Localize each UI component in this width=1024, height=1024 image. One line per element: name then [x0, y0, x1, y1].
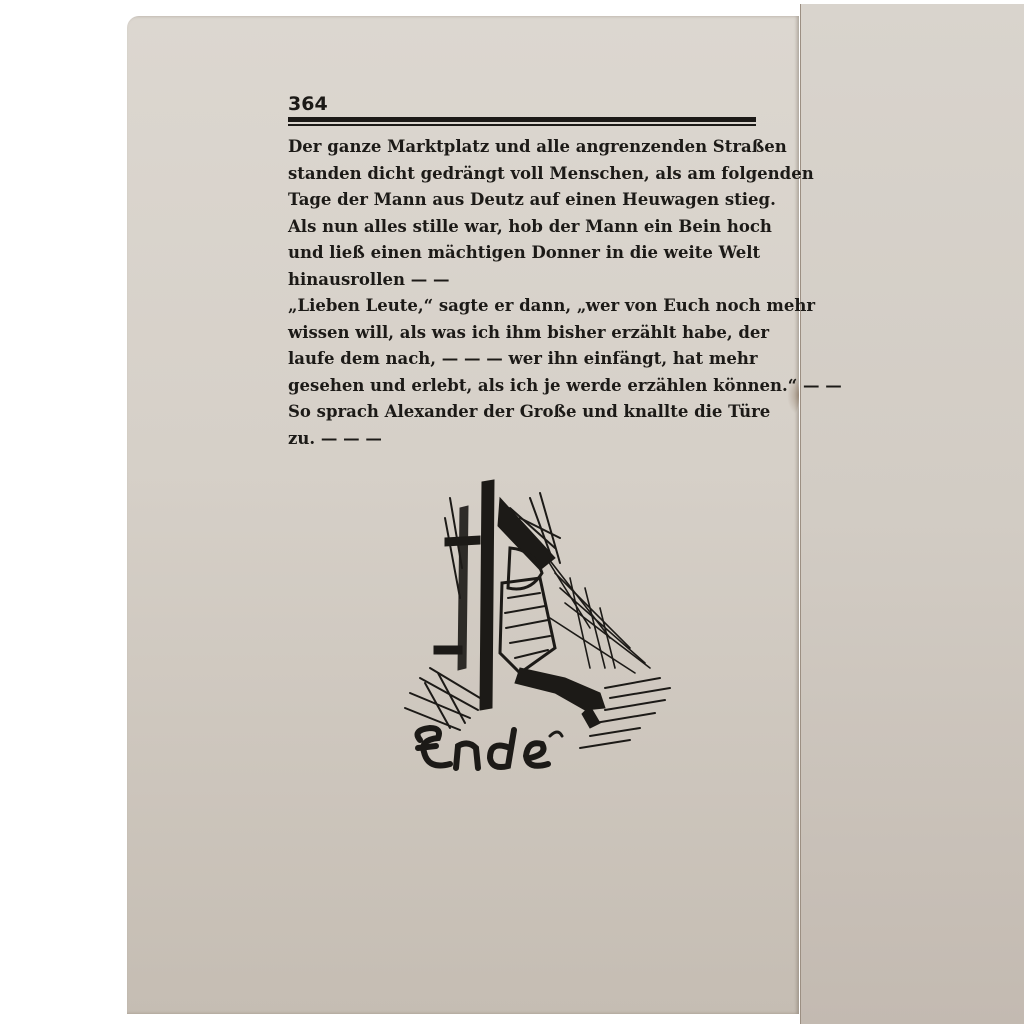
- figure-slipping-out-door-icon: [390, 478, 675, 778]
- text-line: So sprach Alexander der Große und knallt…: [288, 399, 756, 426]
- text-line: und ließ einen mächtigen Donner in die w…: [288, 240, 756, 267]
- text-line: Tage der Mann aus Deutz auf einen Heuwag…: [288, 187, 756, 214]
- text-line: wissen will, als was ich ihm bisher erzä…: [288, 320, 756, 347]
- text-line: gesehen und erlebt, als ich je werde erz…: [288, 373, 756, 400]
- header-rule-thick: [288, 117, 756, 122]
- text-line: zu. — — —: [288, 426, 756, 453]
- text-line: hinausrollen — —: [288, 267, 756, 294]
- text-line: „Lieben Leute,“ sagte er dann, „wer von …: [288, 293, 756, 320]
- text-line: laufe dem nach, — — — wer ihn einfängt, …: [288, 346, 756, 373]
- header-rule-thin: [288, 124, 756, 126]
- ende-illustration: [390, 478, 675, 778]
- text-line: Der ganze Marktplatz und alle angrenzend…: [288, 134, 756, 161]
- text-line: Als nun alles stille war, hob der Mann e…: [288, 214, 756, 241]
- body-text: Der ganze Marktplatz und alle angrenzend…: [288, 134, 756, 452]
- text-line: standen dicht gedrängt voll Menschen, al…: [288, 161, 756, 188]
- right-page: [800, 4, 1024, 1024]
- page-number: 364: [288, 93, 328, 115]
